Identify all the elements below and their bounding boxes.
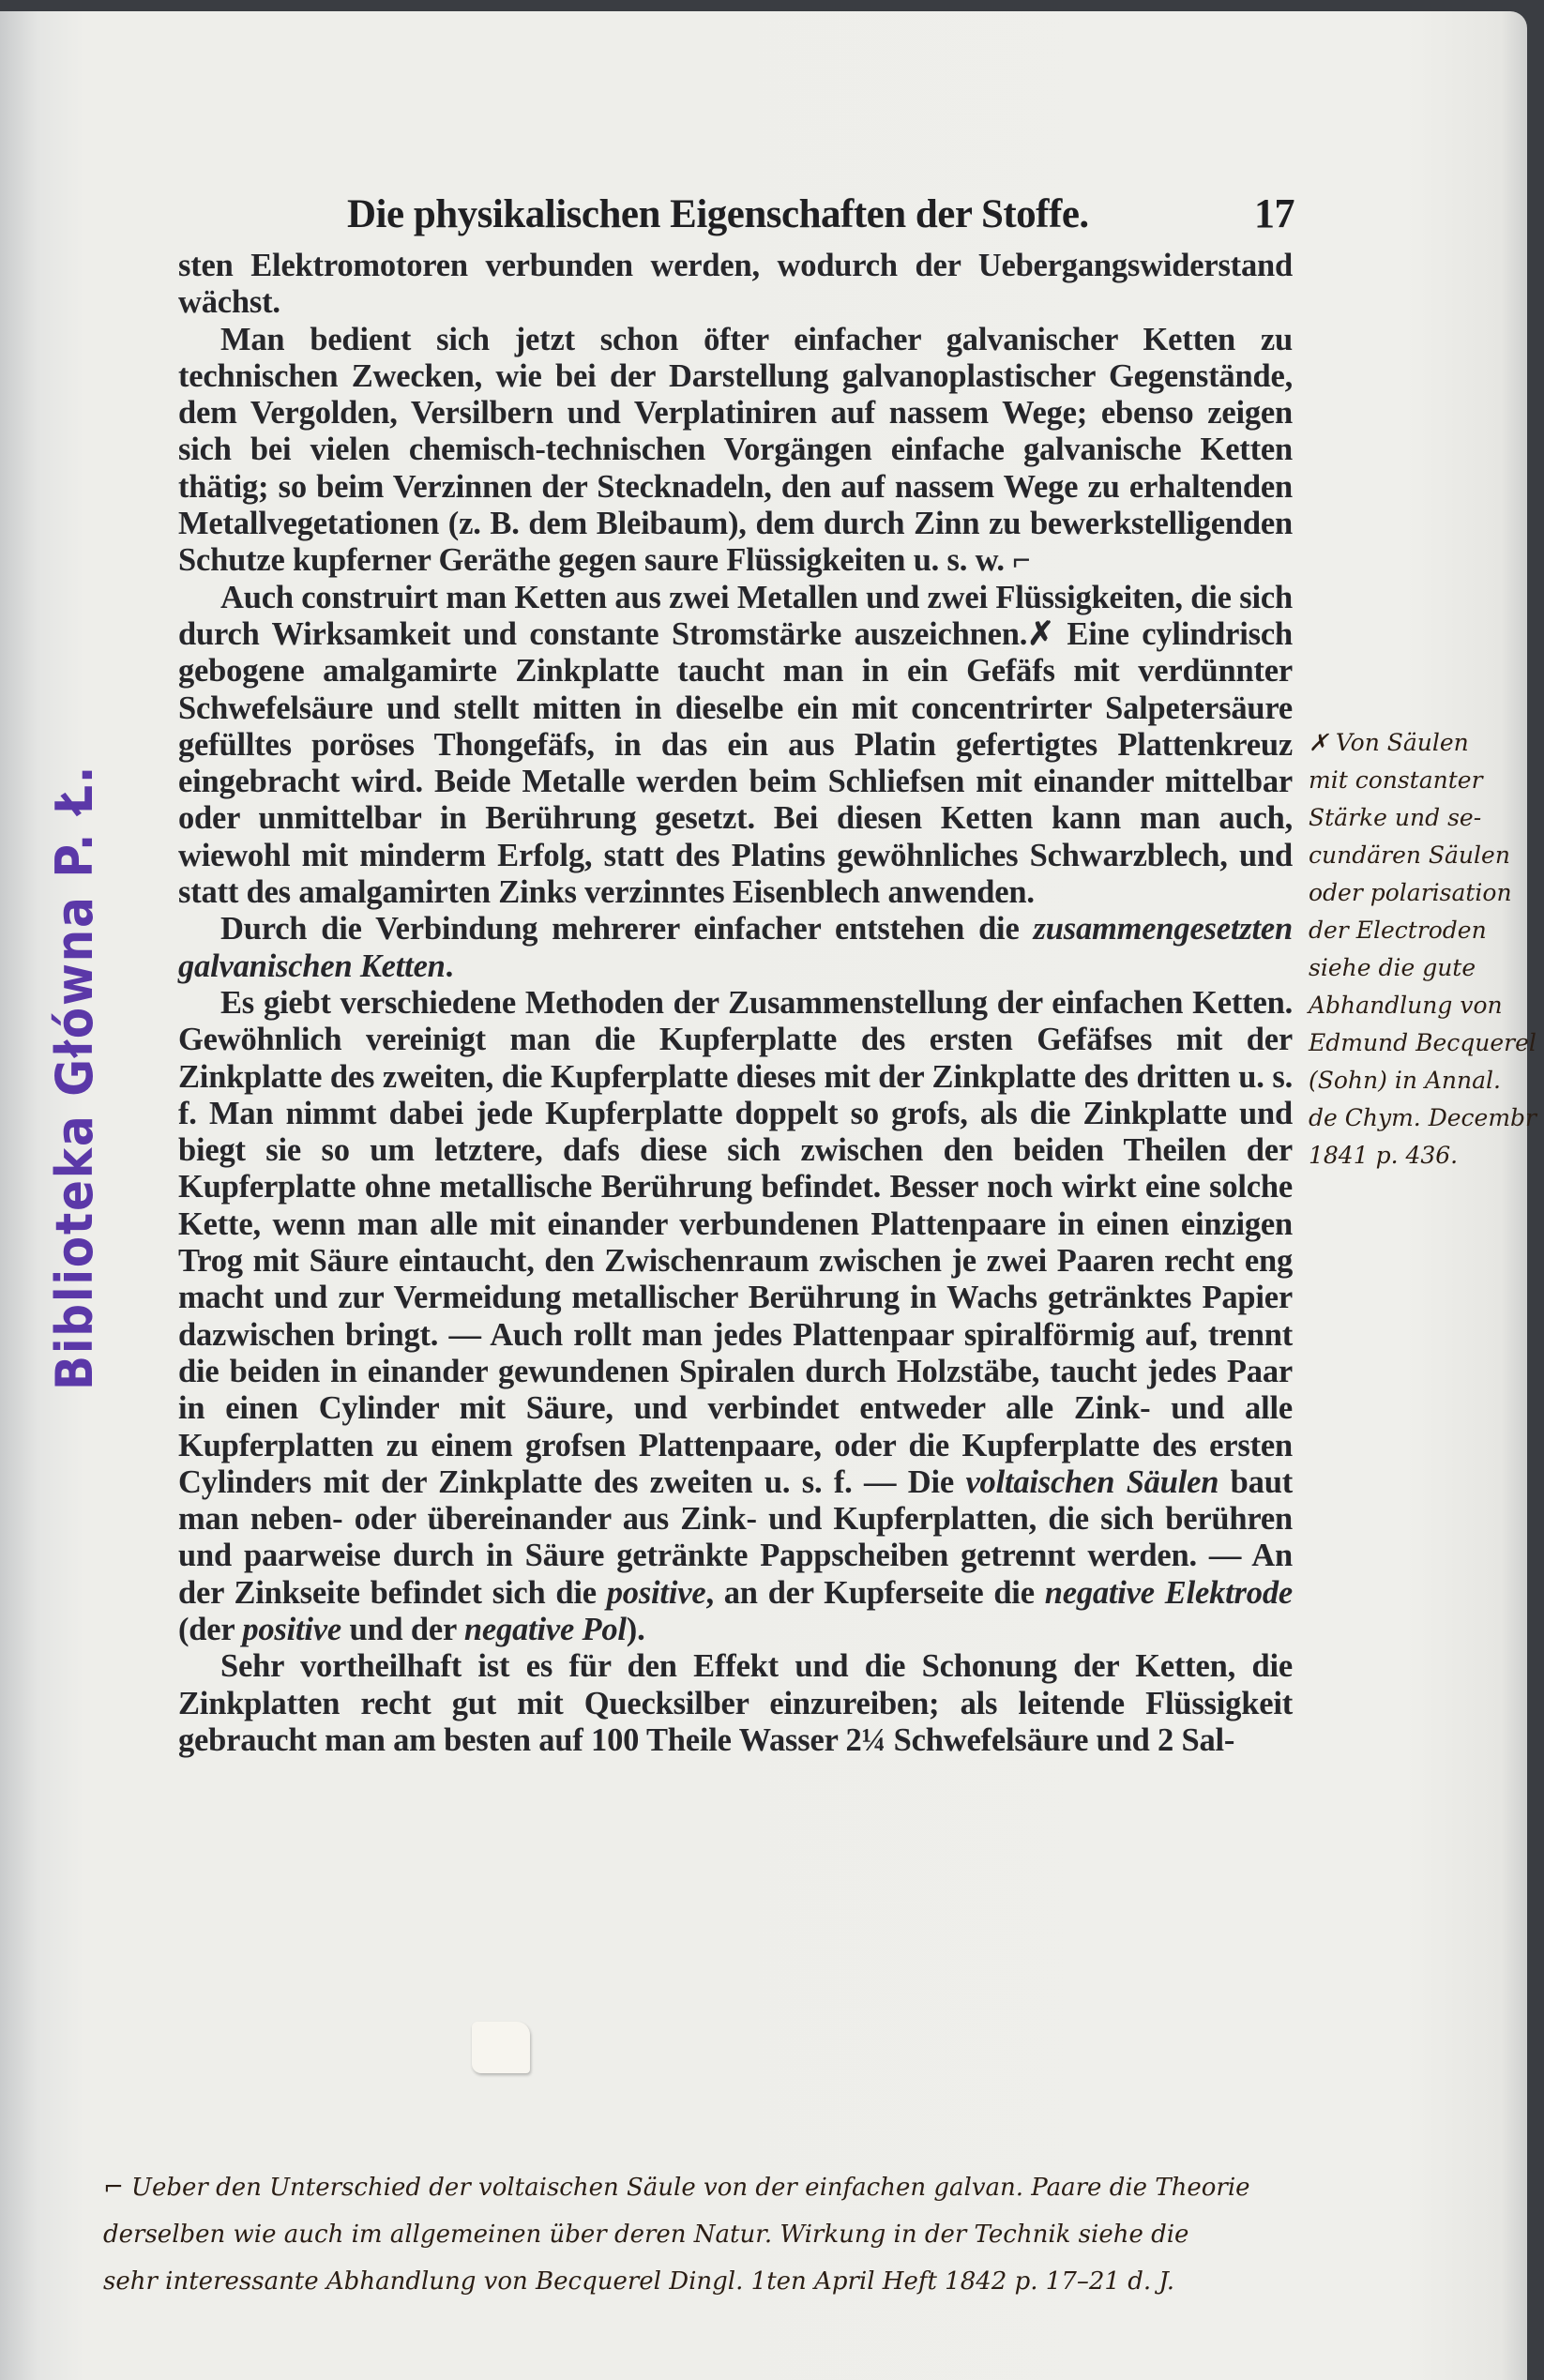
paper-damage-patch	[472, 2022, 530, 2073]
body-text: sten Elektromotoren verbunden werden, wo…	[178, 248, 1293, 1759]
paragraph-2: Man bedient sich jetzt schon öfter einfa…	[178, 322, 1293, 580]
paragraph-4: Durch die Verbindung mehrerer einfacher …	[178, 911, 1293, 985]
library-stamp: Biblioteka Główna P. Ł.	[45, 765, 104, 1390]
page-number: 17	[1254, 189, 1294, 237]
book-page: Die physikalischen Eigenschaften der Sto…	[0, 11, 1527, 2380]
running-title: Die physikalischen Eigenschaften der Sto…	[347, 191, 1089, 237]
paragraph-3: Auch construirt man Ketten aus zwei Meta…	[178, 580, 1293, 912]
term-voltaic-piles: voltaischen Säulen	[965, 1464, 1219, 1500]
paragraph-6: Sehr vortheilhaft ist es für den Effekt …	[178, 1648, 1293, 1759]
running-header: Die physikalischen Eigenschaften der Sto…	[347, 189, 1294, 237]
handwritten-margin-note: ✗ Von Säulen mit constanter Stärke und s…	[1309, 724, 1506, 1175]
paragraph-5: Es giebt verschiedene Methoden der Zusam…	[178, 985, 1293, 1648]
handwritten-footnote: ⌐ Ueber den Unterschied der voltaischen …	[103, 2164, 1445, 2305]
paragraph-1: sten Elektromotoren verbunden werden, wo…	[178, 248, 1293, 322]
